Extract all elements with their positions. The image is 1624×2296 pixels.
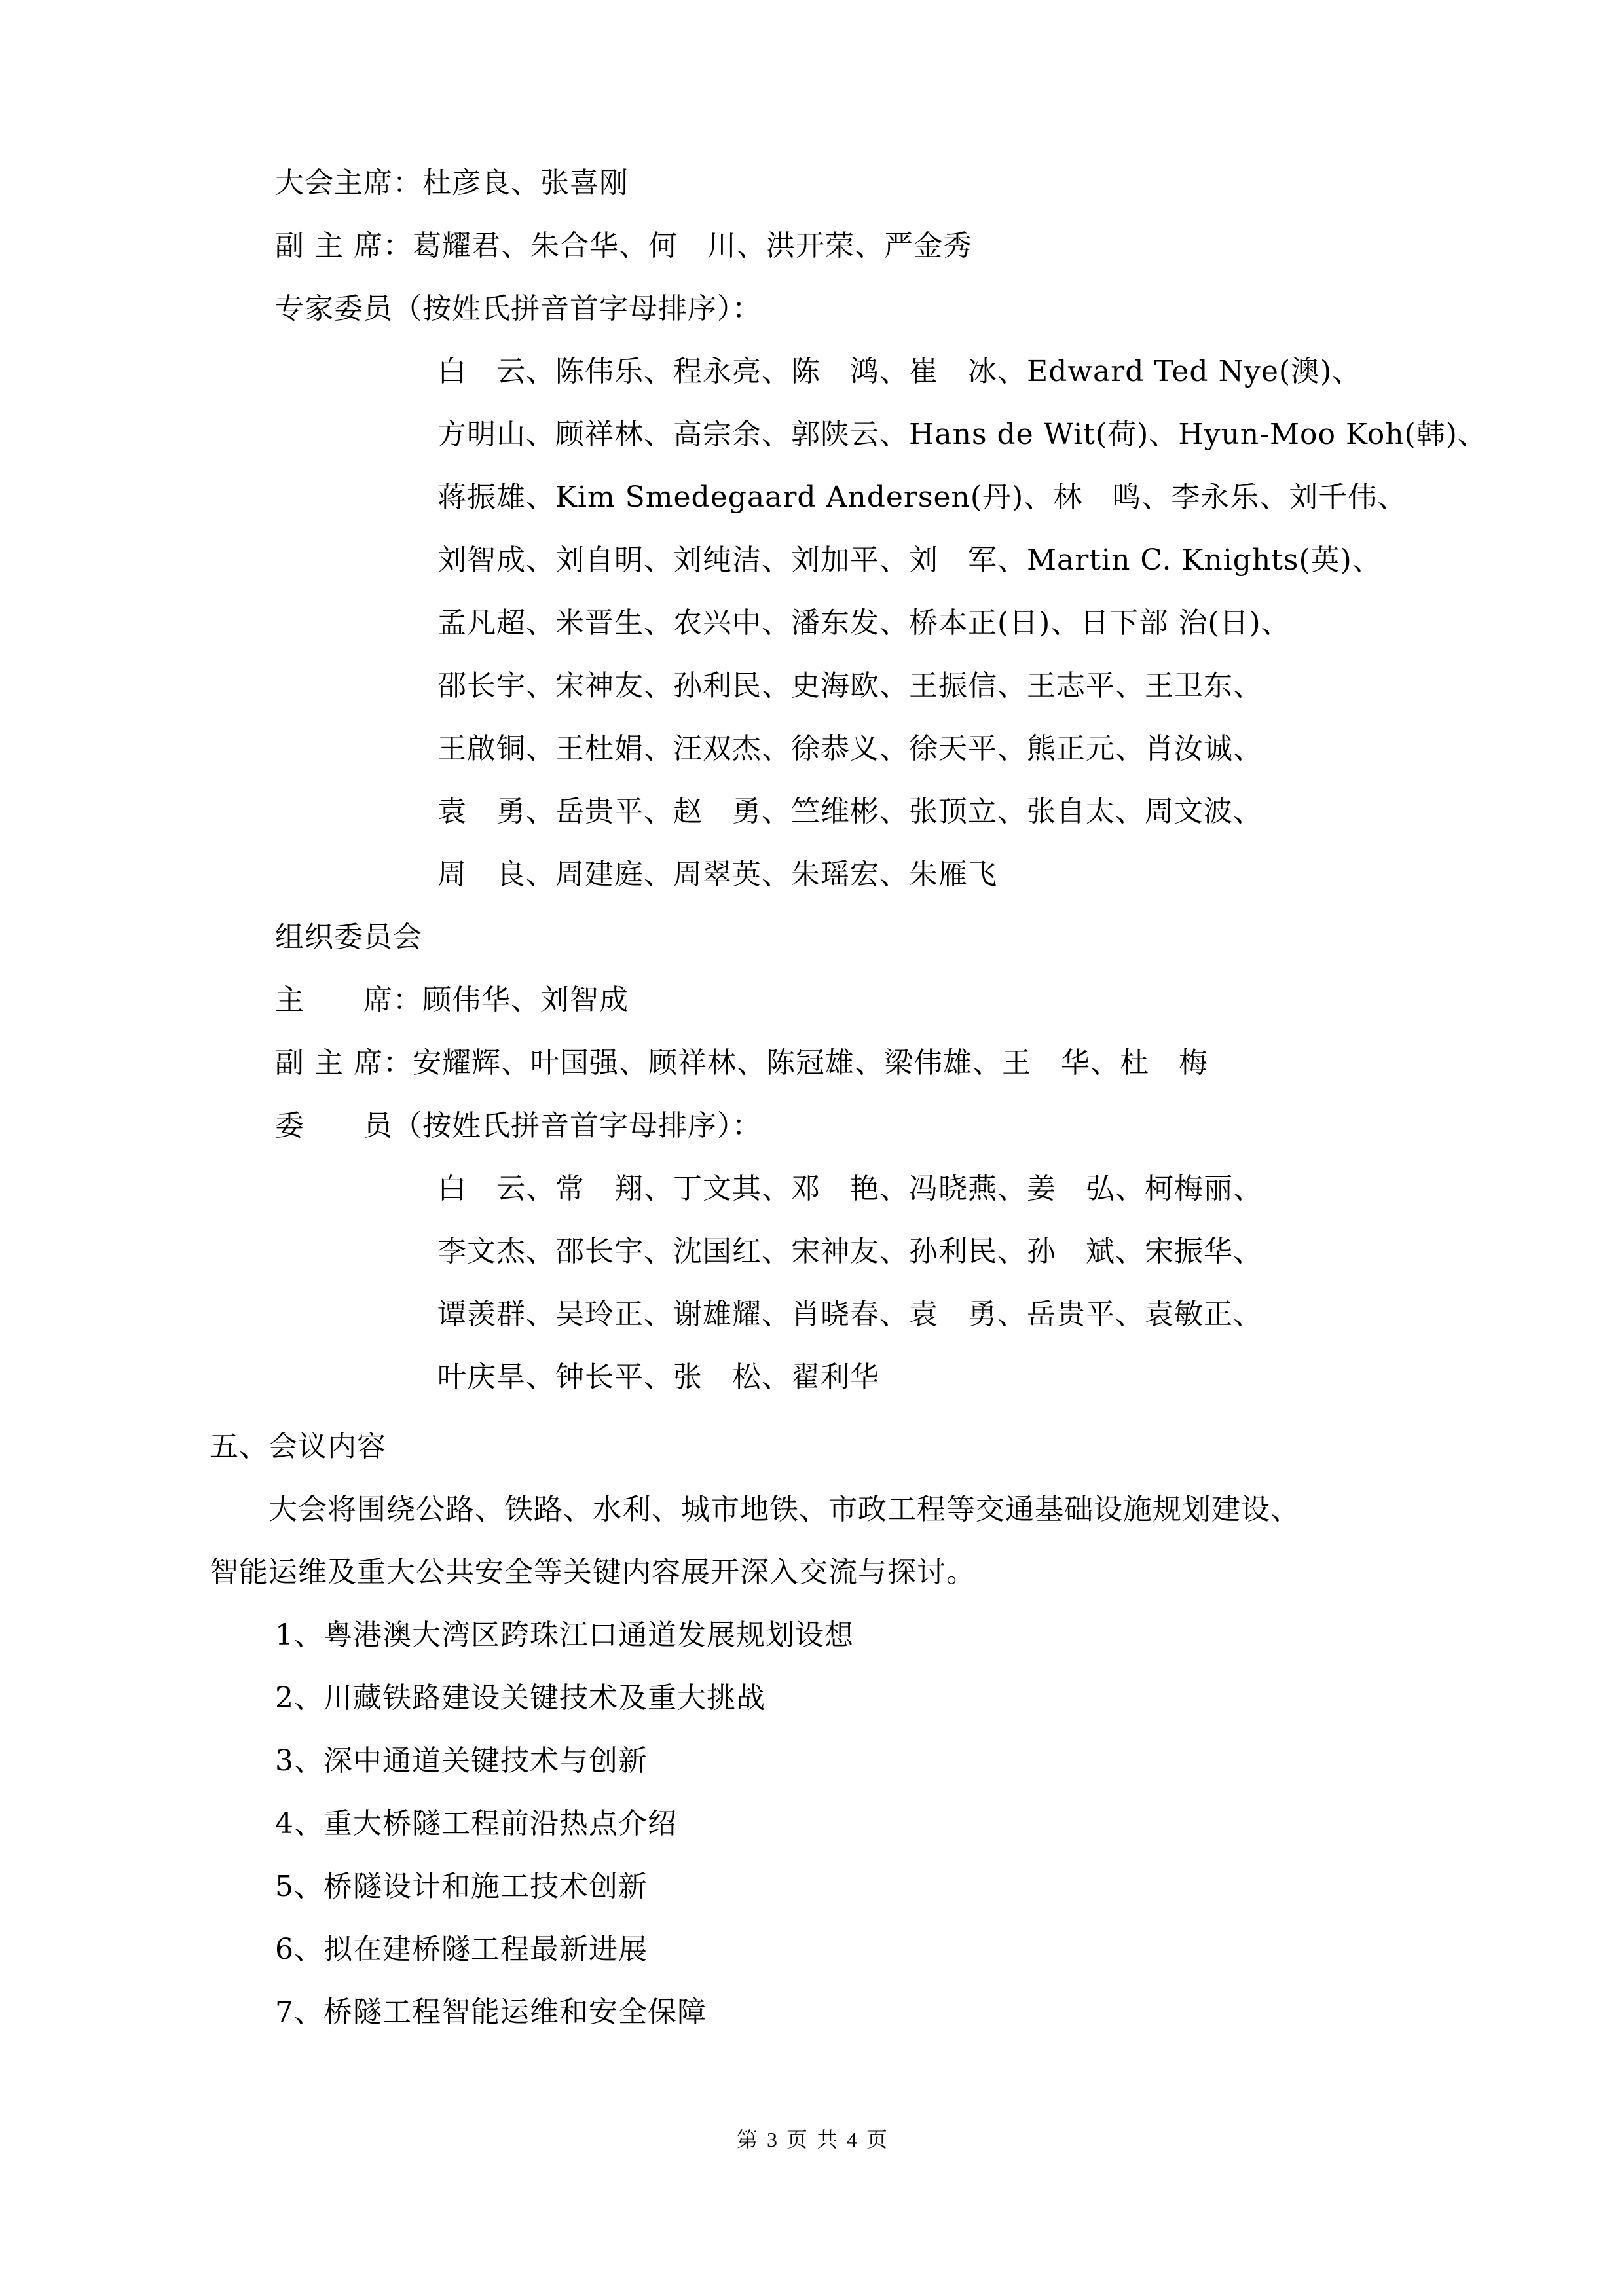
members-heading: 委 员（按姓氏拼音首字母排序）： [275, 1106, 762, 1146]
organizing-committee-heading: 组织委员会 [275, 918, 422, 957]
organizing-chair-line: 主 席：顾伟华、刘智成 [275, 981, 629, 1020]
organizing-vice-chair-line: 副 主 席：安耀辉、叶国强、顾祥林、陈冠雄、梁伟雄、王 华、杜 梅 [275, 1044, 1208, 1083]
experts-line: 刘智成、刘自明、刘纯洁、刘加平、刘 军、Martin C. Knights(英)… [437, 541, 1382, 580]
intro-paragraph-line: 大会将围绕公路、铁路、水利、城市地铁、市政工程等交通基础设施规划建设、 [210, 1490, 1300, 1529]
document-page: 大会主席：杜彦良、张喜刚 副 主 席：葛耀君、朱合华、何 川、洪开荣、严金秀 专… [0, 0, 1624, 2296]
topic-item: 4、重大桥隧工程前沿热点介绍 [275, 1804, 677, 1844]
members-line: 叶庆旱、钟长平、张 松、翟利华 [437, 1358, 879, 1397]
topic-item: 2、川藏铁路建设关键技术及重大挑战 [275, 1679, 766, 1718]
experts-line: 孟凡超、米晋生、农兴中、潘东发、桥本正(日)、日下部 治(日)、 [437, 604, 1291, 643]
experts-line: 王啟铜、王杜娟、汪双杰、徐恭义、徐天平、熊正元、肖汝诚、 [437, 729, 1263, 769]
topic-item: 5、桥隧设计和施工技术创新 [275, 1867, 648, 1906]
experts-line: 蒋振雄、Kim Smedegaard Andersen(丹)、林 鸣、李永乐、刘… [437, 478, 1407, 517]
conference-vice-chair-line: 副 主 席：葛耀君、朱合华、何 川、洪开荣、严金秀 [275, 227, 972, 266]
members-line: 白 云、常 翔、丁文其、邓 艳、冯晓燕、姜 弘、柯梅丽、 [437, 1169, 1263, 1209]
topic-item: 7、桥隧工程智能运维和安全保障 [275, 1993, 707, 2032]
conference-chair-line: 大会主席：杜彦良、张喜刚 [275, 164, 629, 203]
page-number-footer: 第 3 页 共 4 页 [0, 2126, 1624, 2153]
experts-line: 白 云、陈伟乐、程永亮、陈 鸿、崔 冰、Edward Ted Nye(澳)、 [437, 352, 1361, 392]
members-line: 谭羡群、吴玲正、谢雄耀、肖晓春、袁 勇、岳贵平、袁敏正、 [437, 1295, 1263, 1334]
experts-line: 袁 勇、岳贵平、赵 勇、竺维彬、张顶立、张自太、周文波、 [437, 792, 1263, 831]
intro-paragraph-line: 智能运维及重大公共安全等关键内容展开深入交流与探讨。 [210, 1553, 976, 1592]
members-line: 李文杰、邵长宇、沈国红、宋神友、孙利民、孙 斌、宋振华、 [437, 1232, 1263, 1271]
topic-item: 6、拟在建桥隧工程最新进展 [275, 1930, 648, 1969]
section-heading: 五、会议内容 [210, 1427, 386, 1467]
topic-item: 3、深中通道关键技术与创新 [275, 1741, 648, 1781]
experts-line: 邵长宇、宋神友、孙利民、史海欧、王振信、王志平、王卫东、 [437, 666, 1263, 706]
experts-line: 方明山、顾祥林、高宗余、郭陕云、Hans de Wit(荷)、Hyun-Moo … [437, 415, 1487, 454]
topic-item: 1、粤港澳大湾区跨珠江口通道发展规划设想 [275, 1616, 854, 1655]
experts-heading: 专家委员（按姓氏拼音首字母排序）： [275, 289, 762, 329]
experts-line: 周 良、周建庭、周翠英、朱瑶宏、朱雁飞 [437, 855, 997, 894]
